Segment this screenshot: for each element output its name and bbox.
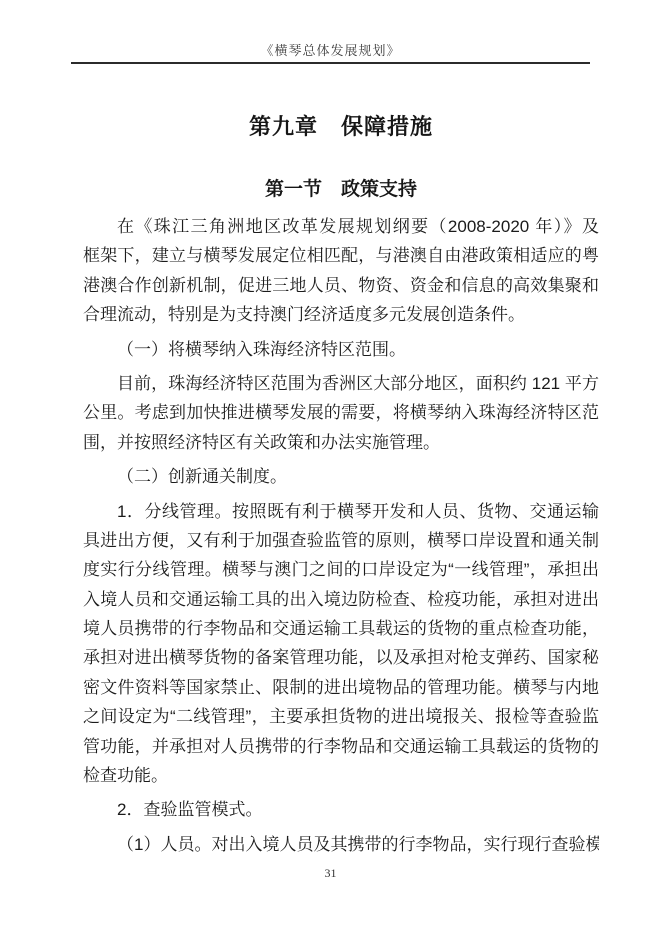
paragraph-line: 1．分线管理。按照既有利于横琴开发和人员、货物、交通运输工 bbox=[83, 497, 599, 526]
paragraph-line: 检查功能。 bbox=[83, 761, 599, 790]
paragraph: 1．分线管理。按照既有利于横琴开发和人员、货物、交通运输工具进出方便，又有利于加… bbox=[83, 497, 599, 791]
paragraph-line: 密文件资料等国家禁止、限制的进出境物品的管理功能。横琴与内地 bbox=[83, 673, 599, 702]
document-page: 《横琴总体发展规划》 第九章 保障措施 第一节 政策支持 在《珠江三角洲地区改革… bbox=[0, 0, 661, 935]
paragraph-line: 度实行分线管理。横琴与澳门之间的口岸设定为“一线管理”，承担出 bbox=[83, 555, 599, 584]
paragraph-line: 框架下，建立与横琴发展定位相匹配，与港澳自由港政策相适应的粤 bbox=[83, 241, 599, 270]
page-number: 31 bbox=[0, 866, 661, 881]
section-title: 第一节 政策支持 bbox=[83, 176, 599, 204]
document-content: 第九章 保障措施 第一节 政策支持 在《珠江三角洲地区改革发展规划纲要（2008… bbox=[83, 0, 599, 859]
paragraph-line: 港澳合作创新机制，促进三地人员、物资、资金和信息的高效集聚和 bbox=[83, 271, 599, 300]
paragraph-line: 合理流动，特别是为支持澳门经济适度多元发展创造条件。 bbox=[83, 300, 599, 329]
paragraph-line: （1）人员。对出入境人员及其携带的行李物品，实行现行查验模 bbox=[83, 830, 599, 859]
paragraph: 目前，珠海经济特区范围为香洲区大部分地区，面积约 121 平方公里。考虑到加快推… bbox=[83, 369, 599, 457]
paragraph: 2．查验监管模式。 bbox=[83, 795, 599, 824]
paragraph-line: 管功能，并承担对人员携带的行李物品和交通运输工具载运的货物的 bbox=[83, 732, 599, 761]
paragraph-line: （二）创新通关制度。 bbox=[83, 462, 599, 491]
paragraph-line: 承担对进出横琴货物的备案管理功能，以及承担对枪支弹药、国家秘 bbox=[83, 643, 599, 672]
paragraph-line: 入境人员和交通运输工具的出入境边防检查、检疫功能，承担对进出 bbox=[83, 585, 599, 614]
document-body: 在《珠江三角洲地区改革发展规划纲要（2008-2020 年）》及 CEPA框架下… bbox=[83, 212, 599, 859]
paragraph-line: 境人员携带的行李物品和交通运输工具载运的货物的重点检查功能， bbox=[83, 614, 599, 643]
paragraph-line: 目前，珠海经济特区范围为香洲区大部分地区，面积约 121 平方 bbox=[83, 369, 599, 398]
paragraph: （1）人员。对出入境人员及其携带的行李物品，实行现行查验模 bbox=[83, 830, 599, 859]
paragraph-line: 公里。考虑到加快推进横琴发展的需要，将横琴纳入珠海经济特区范 bbox=[83, 398, 599, 427]
paragraph-line: 在《珠江三角洲地区改革发展规划纲要（2008-2020 年）》及 CEPA bbox=[83, 212, 599, 241]
paragraph-line: 之间设定为“二线管理”，主要承担货物的进出境报关、报检等查验监 bbox=[83, 702, 599, 731]
paragraph-line: 2．查验监管模式。 bbox=[83, 795, 599, 824]
paragraph: （一）将横琴纳入珠海经济特区范围。 bbox=[83, 335, 599, 364]
paragraph-line: 具进出方便，又有利于加强查验监管的原则，横琴口岸设置和通关制 bbox=[83, 526, 599, 555]
paragraph: 在《珠江三角洲地区改革发展规划纲要（2008-2020 年）》及 CEPA框架下… bbox=[83, 212, 599, 330]
paragraph-line: 围，并按照经济特区有关政策和办法实施管理。 bbox=[83, 428, 599, 457]
paragraph: （二）创新通关制度。 bbox=[83, 462, 599, 491]
chapter-title: 第九章 保障措施 bbox=[83, 112, 599, 142]
paragraph-line: （一）将横琴纳入珠海经济特区范围。 bbox=[83, 335, 599, 364]
